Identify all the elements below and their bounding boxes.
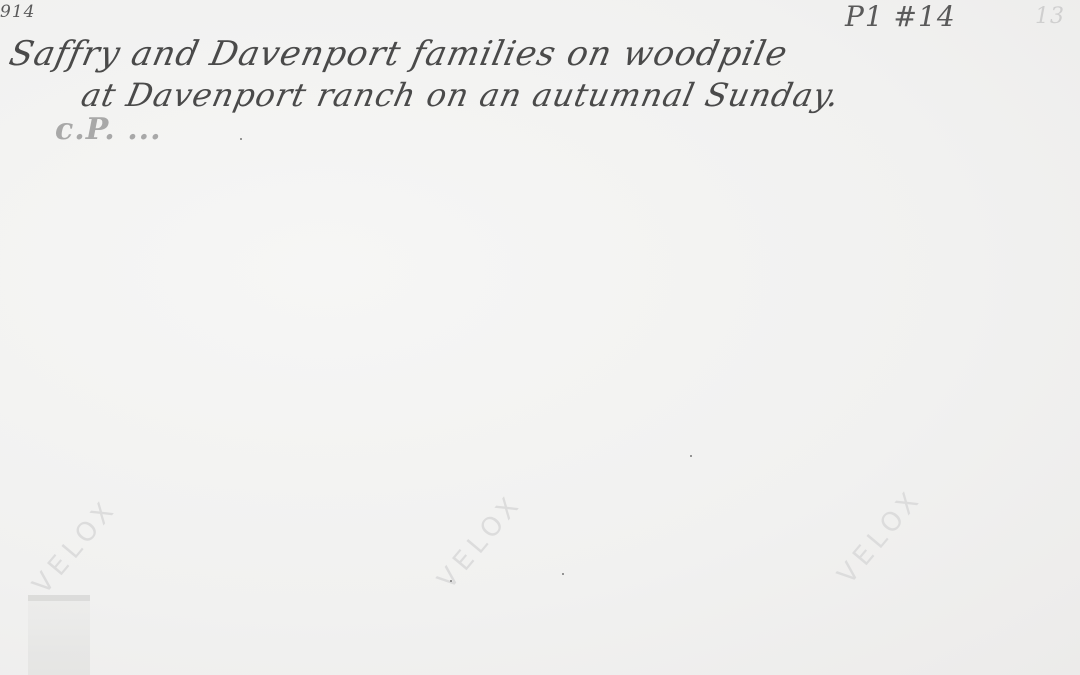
velox-watermark: VELOX [832,483,929,590]
photo-back-paper: VELOX VELOX VELOX 914 P1 #14 13 Saffry a… [0,0,1080,675]
caption-line-2: at Davenport ranch on an autumnal Sunday… [78,76,844,114]
speck [562,573,564,575]
speck [690,455,692,457]
velox-watermark: VELOX [432,488,529,595]
year-fragment: 914 [0,2,35,22]
reference-number-faint: 13 [1035,4,1065,29]
reference-number: P1 #14 [845,0,956,33]
pencil-note: c.P. ... [55,112,162,147]
speck [240,138,242,140]
caption-line-1: Saffry and Davenport families on woodpil… [6,34,792,74]
speck [450,580,452,582]
velox-watermark: VELOX [27,493,124,600]
adhesive-stain [28,595,90,675]
